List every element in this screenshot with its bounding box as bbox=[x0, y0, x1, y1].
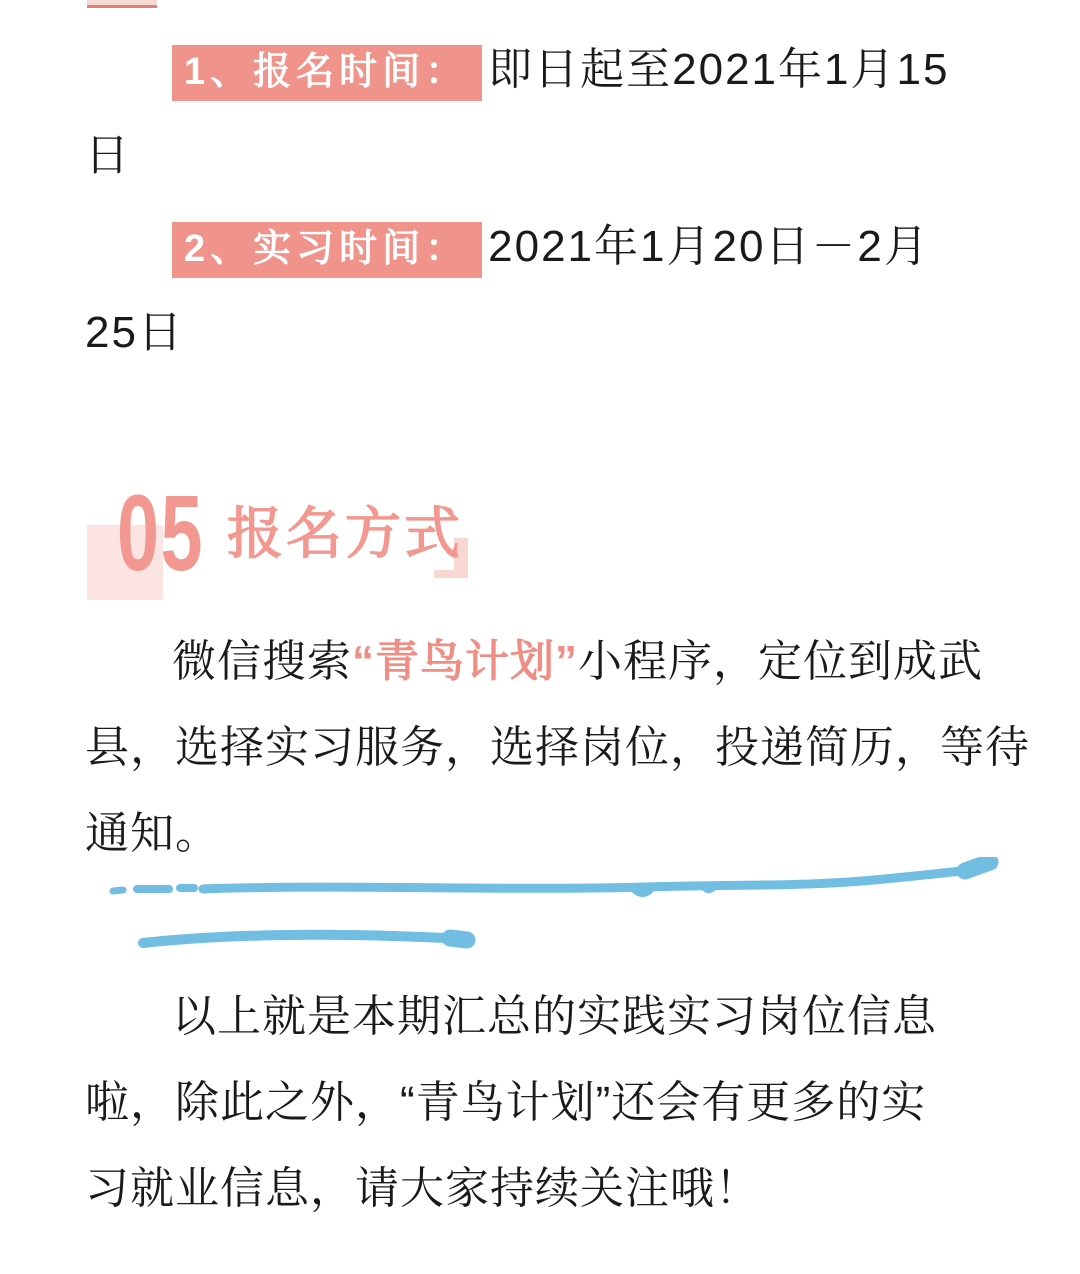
internship-time-value: 2021年1月20日－2月 bbox=[488, 222, 930, 271]
apply-text-pre: 微信搜索 bbox=[172, 637, 352, 686]
signup-time-value-continuation: 日 bbox=[85, 113, 995, 199]
apply-text-line2: 县，选择实习服务，选择岗位，投递简历，等待 bbox=[85, 705, 995, 791]
internship-time-value-continuation: 25日 bbox=[85, 290, 995, 376]
section-number: 05 bbox=[117, 479, 204, 587]
schedule-item-signup-time: 1、报名时间：即日起至2021年1月15 日 bbox=[85, 27, 995, 199]
signup-time-value: 即日起至2021年1月15 bbox=[488, 45, 949, 94]
closing-text-line2: 啦，除此之外，“青鸟计划”还会有更多的实 bbox=[85, 1060, 995, 1146]
closing-text-line3: 习就业信息，请大家持续关注哦！ bbox=[85, 1146, 995, 1232]
closing-paragraph: 以上就是本期汇总的实践实习岗位信息 啦，除此之外，“青鸟计划”还会有更多的实 习… bbox=[85, 974, 995, 1232]
article-page: 1、报名时间：即日起至2021年1月15 日 2、实习时间：2021年1月20日… bbox=[0, 0, 1080, 1274]
hand-drawn-underline-strokes bbox=[85, 857, 1080, 957]
internship-time-label-highlight: 2、实习时间： bbox=[172, 222, 482, 278]
section-header-application-method: 05 报名方式 bbox=[85, 490, 995, 605]
signup-time-label-highlight: 1、报名时间： bbox=[172, 45, 482, 101]
previous-highlight-remnant bbox=[87, 0, 157, 8]
miniprogram-name-highlight: “青鸟计划” bbox=[352, 637, 578, 686]
closing-text-line1: 以上就是本期汇总的实践实习岗位信息 bbox=[85, 974, 995, 1060]
schedule-item-internship-time: 2、实习时间：2021年1月20日－2月 25日 bbox=[85, 204, 995, 376]
application-method-paragraph: 微信搜索“青鸟计划”小程序，定位到成武 县，选择实习服务，选择岗位，投递简历，等… bbox=[85, 619, 995, 877]
section-title: 报名方式 bbox=[227, 506, 463, 562]
apply-text-post: 小程序，定位到成武 bbox=[578, 637, 983, 686]
